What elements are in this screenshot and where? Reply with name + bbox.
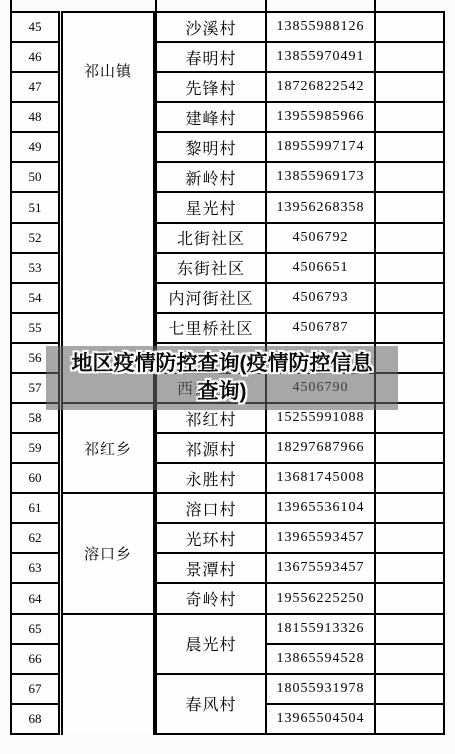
note-cell bbox=[376, 224, 445, 254]
page-title-line-2: 查询) bbox=[198, 378, 247, 406]
phone-cell: 4506793 bbox=[267, 284, 376, 314]
page-title-line-1: 地区疫情防控查询(疫情防控信息 bbox=[72, 350, 373, 378]
row-number-cell: 54 bbox=[12, 284, 60, 314]
row-number-cell: 61 bbox=[12, 494, 60, 524]
note-cell bbox=[376, 615, 445, 645]
note-cell bbox=[376, 314, 445, 344]
note-cell bbox=[376, 254, 445, 284]
village-cell: 景潭村 bbox=[157, 554, 267, 584]
row-number-cell: 47 bbox=[12, 73, 60, 103]
phone-cell: 13681745008 bbox=[267, 464, 376, 494]
note-cell bbox=[376, 13, 445, 43]
village-cell: 光环村 bbox=[157, 524, 267, 554]
phone-cell: 13855970491 bbox=[267, 43, 376, 73]
phone-cell: 4506792 bbox=[267, 224, 376, 254]
phone-cell: 18297687966 bbox=[267, 434, 376, 464]
phone-cell: 13956268358 bbox=[267, 193, 376, 223]
note-cell bbox=[376, 584, 445, 614]
note-cell bbox=[376, 73, 445, 103]
note-cell bbox=[376, 284, 445, 314]
phone-cell: 13965593457 bbox=[267, 524, 376, 554]
village-cell: 祁源村 bbox=[157, 434, 267, 464]
village-cell: 东街社区 bbox=[157, 254, 267, 284]
row-number-cell: 46 bbox=[12, 43, 60, 73]
phone-cell: 19556225250 bbox=[267, 584, 376, 614]
phone-cell: 4506651 bbox=[267, 254, 376, 284]
row-number-cell: 51 bbox=[12, 193, 60, 223]
village-cell: 春风村 bbox=[157, 675, 267, 735]
village-cell: 春明村 bbox=[157, 43, 267, 73]
note-cell bbox=[376, 103, 445, 133]
row-number-cell: 67 bbox=[12, 675, 60, 705]
row-number-cell: 66 bbox=[12, 645, 60, 675]
phone-cell: 13955985966 bbox=[267, 103, 376, 133]
village-cell: 内河街社区 bbox=[157, 284, 267, 314]
village-cell: 先锋村 bbox=[157, 73, 267, 103]
table-crop-stub-village bbox=[155, 0, 157, 11]
village-cell: 黎明村 bbox=[157, 133, 267, 163]
township-label: 祁红乡 bbox=[84, 438, 132, 459]
row-number-cell: 53 bbox=[12, 254, 60, 284]
village-cell: 北街社区 bbox=[157, 224, 267, 254]
row-number-cell: 52 bbox=[12, 224, 60, 254]
township-cell bbox=[61, 613, 155, 735]
phone-cell: 18055931978 bbox=[267, 675, 376, 705]
phone-cell: 13865594528 bbox=[267, 645, 376, 675]
village-cell: 新岭村 bbox=[157, 163, 267, 193]
village-cell: 星光村 bbox=[157, 193, 267, 223]
phone-cell: 13675593457 bbox=[267, 554, 376, 584]
phone-cell: 13965504504 bbox=[267, 705, 376, 735]
note-cell bbox=[376, 494, 445, 524]
phone-cell: 18726822542 bbox=[267, 73, 376, 103]
village-cell: 建峰村 bbox=[157, 103, 267, 133]
village-cell: 沙溪村 bbox=[157, 13, 267, 43]
note-cell bbox=[376, 675, 445, 705]
row-number-cell: 68 bbox=[12, 705, 60, 735]
note-cell bbox=[376, 163, 445, 193]
row-number-cell: 65 bbox=[12, 615, 60, 645]
row-number-cell: 62 bbox=[12, 524, 60, 554]
township-cell: 溶口乡 bbox=[61, 492, 155, 614]
village-cell: 七里桥社区 bbox=[157, 314, 267, 344]
table-crop-stub-left bbox=[10, 0, 12, 11]
phone-cell: 13965536104 bbox=[267, 494, 376, 524]
township-label: 溶口乡 bbox=[84, 543, 132, 564]
row-number-cell: 60 bbox=[12, 464, 60, 494]
row-number-cell: 63 bbox=[12, 554, 60, 584]
table-crop-stub-phone bbox=[265, 0, 267, 11]
note-cell bbox=[376, 554, 445, 584]
row-number-cell: 45 bbox=[12, 13, 60, 43]
row-number-cell: 50 bbox=[12, 163, 60, 193]
village-cell: 晨光村 bbox=[157, 615, 267, 675]
note-cell bbox=[376, 645, 445, 675]
note-cell bbox=[376, 464, 445, 494]
row-number-cell: 64 bbox=[12, 584, 60, 614]
village-cell: 永胜村 bbox=[157, 464, 267, 494]
township-label: 祁山镇 bbox=[84, 60, 132, 81]
title-watermark-overlay: 地区疫情防控查询(疫情防控信息 查询) bbox=[46, 346, 398, 410]
note-cell bbox=[376, 43, 445, 73]
table-crop-stub-note bbox=[374, 0, 376, 11]
row-number-cell: 49 bbox=[12, 133, 60, 163]
note-cell bbox=[376, 524, 445, 554]
note-cell bbox=[376, 705, 445, 735]
note-cell bbox=[376, 434, 445, 464]
row-number-cell: 59 bbox=[12, 434, 60, 464]
phone-cell: 13855988126 bbox=[267, 13, 376, 43]
phone-cell: 13855969173 bbox=[267, 163, 376, 193]
phone-cell: 4506787 bbox=[267, 314, 376, 344]
note-cell bbox=[376, 133, 445, 163]
township-cell: 祁红乡 bbox=[61, 402, 155, 494]
village-cell: 奇岭村 bbox=[157, 584, 267, 614]
row-number-cell: 55 bbox=[12, 314, 60, 344]
row-number-cell: 48 bbox=[12, 103, 60, 133]
village-cell: 溶口村 bbox=[157, 494, 267, 524]
phone-cell: 18955997174 bbox=[267, 133, 376, 163]
note-cell bbox=[376, 193, 445, 223]
phone-cell: 18155913326 bbox=[267, 615, 376, 645]
